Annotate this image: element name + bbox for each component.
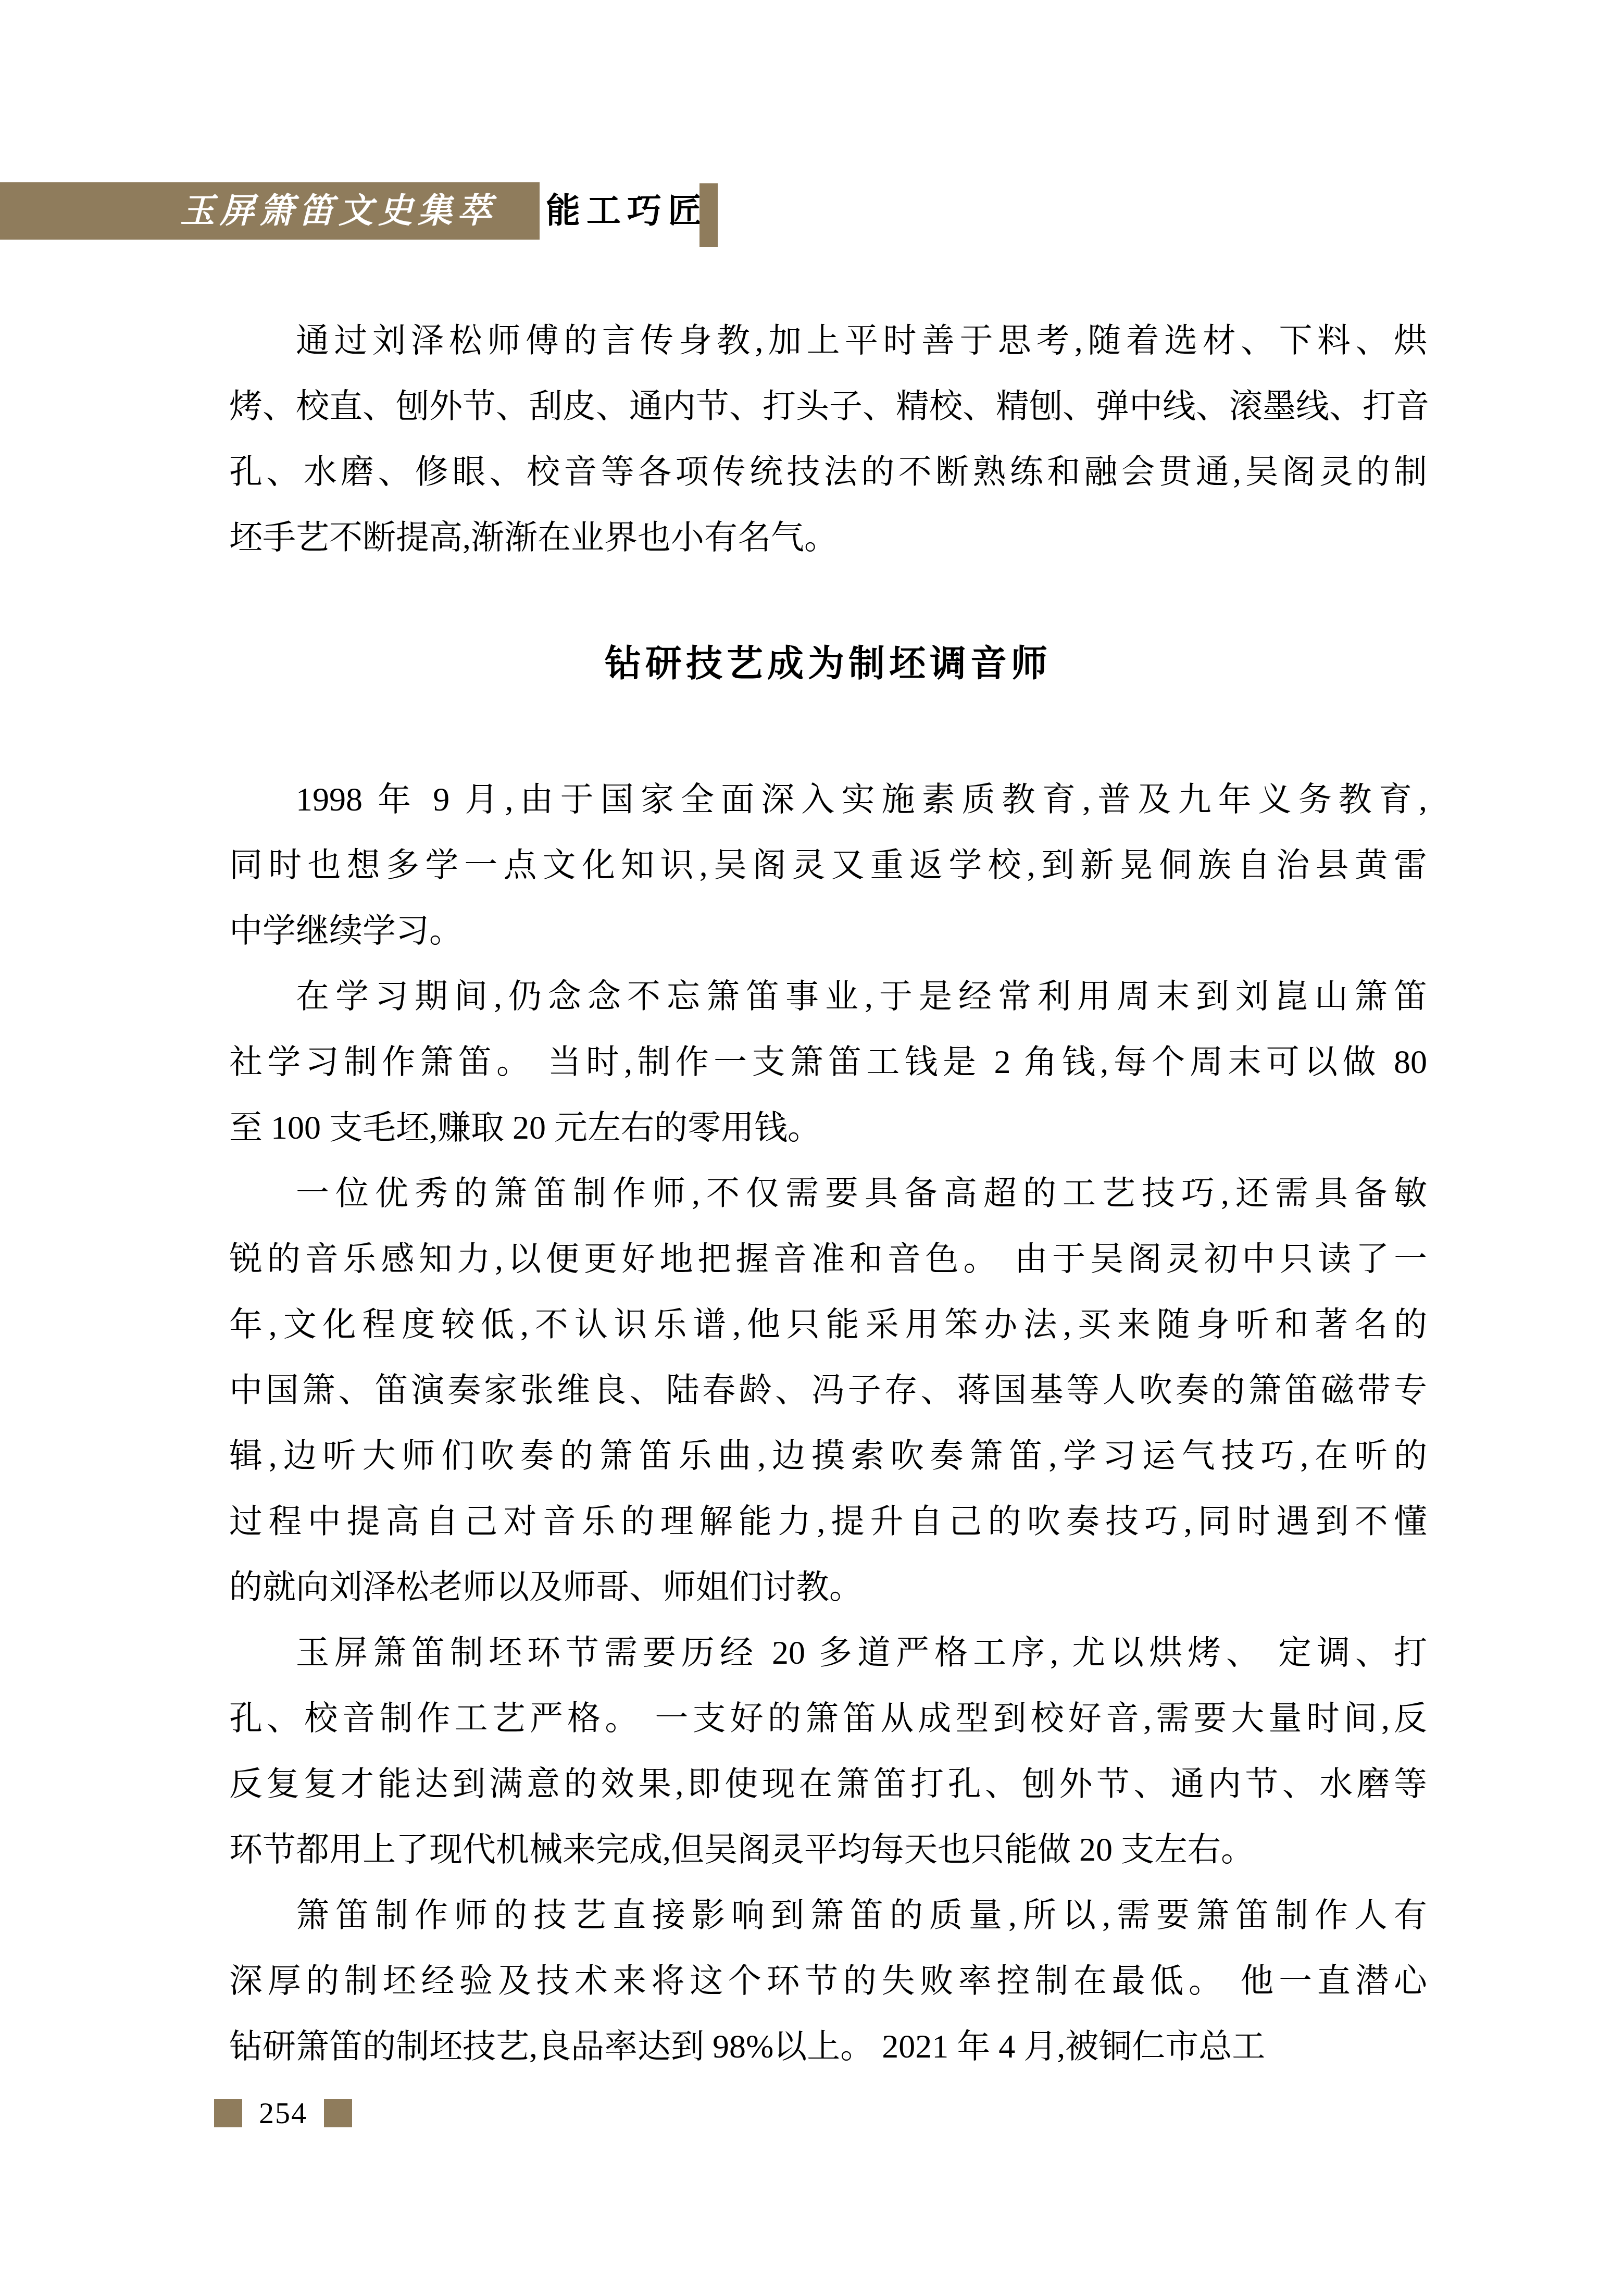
series-calligraphy-title: 玉屏箫笛文史集萃 [0,182,497,240]
paragraph: 通过刘泽松师傅的言传身教,加上平时善于思考,随着选材、下料、烘 烤、校直、刨外节… [229,308,1427,570]
text-line: 在学习期间,仍念念不忘箫笛事业,于是经常利用周末到刘崑山箫笛 [229,964,1427,1029]
paragraph: 1998 年 9 月,由于国家全面深入实施素质教育,普及九年义务教育, 同时也想… [229,767,1427,964]
text-line: 辑,边听大师们吹奏的箫笛乐曲,边摸索吹奏箫笛,学习运气技巧,在听的 [229,1423,1427,1489]
text-line: 的就向刘泽松老师以及师哥、师姐们讨教。 [229,1554,1427,1620]
text-line: 1998 年 9 月,由于国家全面深入实施素质教育,普及九年义务教育, [229,767,1427,832]
text-line: 过程中提高自己对音乐的理解能力,提升自己的吹奏技巧,同时遇到不懂 [229,1489,1427,1554]
text-line: 至 100 支毛坯,赚取 20 元左右的零用钱。 [229,1095,1427,1161]
chapter-section-label: 能工巧匠 [546,182,708,240]
text-line: 反复复才能达到满意的效果,即使现在箫笛打孔、刨外节、通内节、水磨等 [229,1751,1427,1817]
text-line: 玉屏箫笛制坯环节需要历经 20 多道严格工序, 尤以烘烤、 定调、打 [229,1620,1427,1686]
footer-square-left [214,2099,242,2127]
page-number: 254 [259,2099,307,2127]
text-line: 箫笛制作师的技艺直接影响到箫笛的质量,所以,需要箫笛制作人有 [229,1882,1427,1948]
paragraph: 在学习期间,仍念念不忘箫笛事业,于是经常利用周末到刘崑山箫笛 社学习制作箫笛。 … [229,964,1427,1161]
text-line: 一位优秀的箫笛制作师,不仅需要具备高超的工艺技巧,还需具备敏 [229,1161,1427,1226]
section-heading: 钻研技艺成为制坯调音师 [229,632,1427,697]
body-text-column: 通过刘泽松师傅的言传身教,加上平时善于思考,随着选材、下料、烘 烤、校直、刨外节… [229,308,1427,2079]
text-line: 锐的音乐感知力,以便更好地把握音准和音色。 由于吴阁灵初中只读了一 [229,1226,1427,1292]
text-line: 年,文化程度较低,不认识乐谱,他只能采用笨办法,买来随身听和著名的 [229,1292,1427,1357]
page-footer: 254 [214,2099,352,2127]
paragraph: 一位优秀的箫笛制作师,不仅需要具备高超的工艺技巧,还需具备敏 锐的音乐感知力,以… [229,1161,1427,1620]
text-line: 同时也想多学一点文化知识,吴阁灵又重返学校,到新晃侗族自治县黄雷 [229,832,1427,898]
header-bar: 玉屏箫笛文史集萃 [0,182,540,240]
text-line: 通过刘泽松师傅的言传身教,加上平时善于思考,随着选材、下料、烘 [229,308,1427,373]
text-line: 中学继续学习。 [229,898,1427,964]
text-line: 孔、水磨、修眼、校音等各项传统技法的不断熟练和融会贯通,吴阁灵的制 [229,439,1427,505]
header-accent-block [699,183,718,247]
book-page: 玉屏箫笛文史集萃 能工巧匠 通过刘泽松师傅的言传身教,加上平时善于思考,随着选材… [0,0,1624,2269]
footer-square-right [324,2099,352,2127]
text-line: 烤、校直、刨外节、刮皮、通内节、打头子、精校、精刨、弹中线、滚墨线、打音 [229,373,1427,439]
text-line: 环节都用上了现代机械来完成,但吴阁灵平均每天也只能做 20 支左右。 [229,1817,1427,1882]
paragraph: 玉屏箫笛制坯环节需要历经 20 多道严格工序, 尤以烘烤、 定调、打 孔、校音制… [229,1620,1427,1882]
text-line: 孔、校音制作工艺严格。 一支好的箫笛从成型到校好音,需要大量时间,反 [229,1686,1427,1751]
text-line: 坯手艺不断提高,渐渐在业界也小有名气。 [229,505,1427,570]
text-line: 社学习制作箫笛。 当时,制作一支箫笛工钱是 2 角钱,每个周末可以做 80 [229,1029,1427,1095]
text-line: 中国箫、笛演奏家张维良、陆春龄、冯子存、蒋国基等人吹奏的箫笛磁带专 [229,1357,1427,1423]
text-line: 钻研箫笛的制坯技艺,良品率达到 98%以上。 2021 年 4 月,被铜仁市总工 [229,2014,1427,2079]
paragraph: 箫笛制作师的技艺直接影响到箫笛的质量,所以,需要箫笛制作人有 深厚的制坯经验及技… [229,1882,1427,2079]
text-line: 深厚的制坯经验及技术来将这个环节的失败率控制在最低。 他一直潜心 [229,1948,1427,2014]
